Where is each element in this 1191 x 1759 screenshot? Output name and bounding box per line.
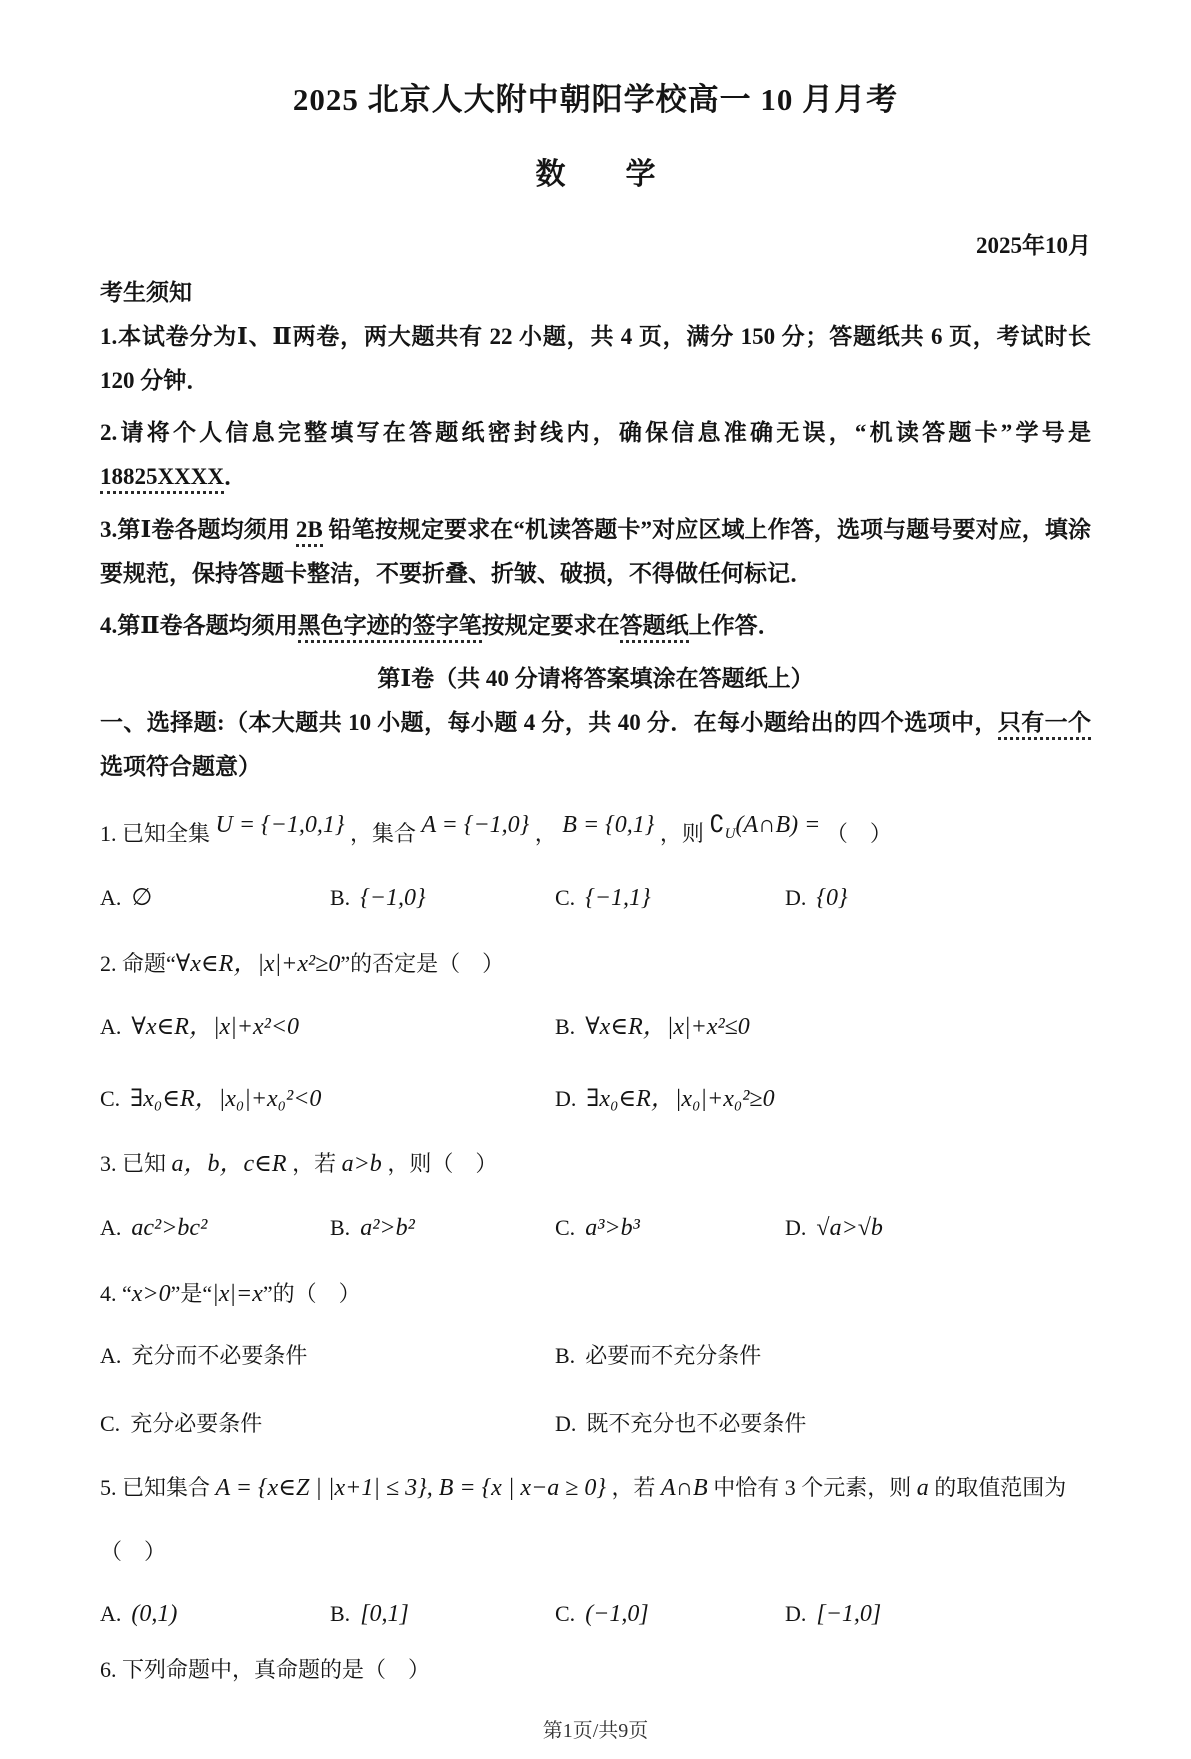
stem-text: ，若: [612, 1475, 656, 1500]
part-1-title-emphasis: 只有一个: [998, 710, 1091, 740]
notice-item-2-emphasis: 18825XXXX: [100, 464, 224, 494]
option-text: ac²>bc²: [131, 1215, 207, 1241]
stem-math: ∀x∈R，|x|+x²≥0: [176, 951, 341, 977]
option-text: [0,1]: [360, 1601, 409, 1627]
option-label: A.: [100, 1601, 121, 1626]
option-label: C.: [100, 1086, 120, 1111]
part-1-title-text: 一、选择题:（本大题共 10 小题，每小题 4 分，共 40 分．在每小题给出的…: [100, 710, 998, 735]
option-text: ∀x∈R，|x|+x²<0: [131, 1014, 299, 1040]
option-text: (−1,0]: [585, 1601, 649, 1627]
option-item: C.a³>b³: [555, 1209, 785, 1249]
question-6-stem: 6. 下列命题中，真命题的是（ ）: [100, 1652, 1091, 1688]
option-label: D.: [555, 1086, 576, 1111]
option-item: B.∀x∈R，|x|+x²≤0: [555, 1008, 1091, 1048]
notice-heading: 考生须知: [100, 274, 1091, 307]
option-item: C.充分必要条件: [100, 1406, 555, 1442]
notice-item-4-emphasis-1: 黑色字迹的签字笔: [298, 613, 482, 643]
question-5-continuation: （ ）: [100, 1534, 1091, 1570]
page-footer: 第1页/共9页: [0, 1714, 1191, 1743]
option-text: 充分必要条件: [130, 1411, 262, 1436]
complement-symbol: ∁: [709, 812, 724, 838]
option-item: A.ac²>bc²: [100, 1209, 330, 1249]
stem-math: a>b: [342, 1151, 382, 1177]
option-text: a²>b²: [360, 1215, 415, 1241]
subject-title: 数 学: [100, 149, 1091, 193]
option-item: B.{−1,0}: [330, 879, 555, 919]
notice-item-2-text: 2.请将个人信息完整填写在答题纸密封线内，确保信息准确无误，“机读答题卡”学号是: [100, 420, 1091, 445]
notice-item-4-text: 4.第Ⅱ卷各题均须用: [100, 613, 298, 638]
question-6: 6. 下列命题中，真命题的是（ ）: [100, 1652, 1091, 1688]
option-text: [−1,0]: [816, 1601, 881, 1627]
question-3-stem: 3. 已知 a，b，c∈R ，若 a>b ，则（ ）: [100, 1145, 1091, 1185]
stem-math: A = {−1,0}: [421, 812, 529, 838]
option-label: A.: [100, 885, 121, 910]
option-item: B.必要而不充分条件: [555, 1338, 1091, 1374]
option-text: 必要而不充分条件: [585, 1343, 761, 1368]
option-item: B.[0,1]: [330, 1595, 555, 1635]
notice-item-3-text: 3.第Ⅰ卷各题均须用: [100, 517, 296, 542]
stem-text: ”是“: [171, 1281, 213, 1306]
question-4-options: A.充分而不必要条件 B.必要而不充分条件 C.充分必要条件 D.既不充分也不必…: [100, 1338, 1091, 1443]
option-label: A.: [100, 1014, 121, 1039]
section-1-heading: 第Ⅰ卷（共 40 分请将答案填涂在答题纸上）: [100, 660, 1091, 693]
option-label: C.: [555, 1601, 575, 1626]
question-5-stem: 5. 已知集合 A = {x∈Z | |x+1| ≤ 3}, B = {x | …: [100, 1469, 1091, 1509]
question-3-options: A.ac²>bc² B.a²>b² C.a³>b³ D.√a>√b: [100, 1209, 1091, 1249]
option-label: A.: [100, 1215, 121, 1240]
question-5: 5. 已知集合 A = {x∈Z | |x+1| ≤ 3}, B = {x | …: [100, 1469, 1091, 1634]
notice-item-1-text: 1.本试卷分为Ⅰ、Ⅱ两卷，两大题共有 22 小题，共 4 页，满分 150 分；…: [100, 324, 1091, 393]
question-3: 3. 已知 a，b，c∈R ，若 a>b ，则（ ） A.ac²>bc² B.a…: [100, 1145, 1091, 1248]
exam-title: 2025 北京人大附中朝阳学校高一 10 月月考: [100, 74, 1091, 119]
stem-text: 3. 已知: [100, 1151, 166, 1176]
option-item: A.∀x∈R，|x|+x²<0: [100, 1008, 555, 1048]
complement-expression: ∁U(A∩B) =: [709, 812, 820, 838]
notice-item-4-mid: 按规定要求在: [482, 613, 620, 638]
option-item: D.既不充分也不必要条件: [555, 1406, 1091, 1442]
stem-text: 1. 已知全集: [100, 821, 210, 846]
notice-item-4-emphasis-2: 答题纸: [620, 613, 689, 643]
option-item: C.{−1,1}: [555, 879, 785, 919]
stem-math: U = {−1,0,1}: [216, 812, 345, 838]
option-label: B.: [330, 885, 350, 910]
option-label: B.: [330, 1601, 350, 1626]
notice-item-4: 4.第Ⅱ卷各题均须用黑色字迹的签字笔按规定要求在答题纸上作答．: [100, 604, 1091, 648]
option-item: D.{0}: [785, 879, 1091, 919]
option-item: C.∃x₀∈R，|x₀|+x₀²<0: [100, 1080, 555, 1120]
option-item: D.[−1,0]: [785, 1595, 1091, 1635]
option-label: B.: [330, 1215, 350, 1240]
option-text: ∃x₀∈R，|x₀|+x₀²<0: [130, 1086, 321, 1112]
stem-math: (A∩B) =: [735, 812, 820, 838]
stem-text: ，则（ ）: [387, 1151, 497, 1176]
option-label: D.: [785, 885, 806, 910]
option-text: ∃x₀∈R，|x₀|+x₀²≥0: [586, 1086, 774, 1112]
option-label: C.: [555, 1215, 575, 1240]
option-text: {−1,1}: [585, 885, 650, 911]
option-text: {0}: [816, 885, 847, 911]
option-label: D.: [785, 1601, 806, 1626]
option-text: ∀x∈R，|x|+x²≤0: [585, 1014, 750, 1040]
stem-text: ”的（ ）: [263, 1281, 361, 1306]
option-label: D.: [785, 1215, 806, 1240]
stem-math: A = {x∈Z | |x+1| ≤ 3}, B = {x | x−a ≥ 0}: [216, 1475, 607, 1501]
part-1-title: 一、选择题:（本大题共 10 小题，每小题 4 分，共 40 分．在每小题给出的…: [100, 701, 1091, 789]
stem-math: B = {0,1}: [562, 812, 654, 838]
part-1-title-end: 选项符合题意）: [100, 754, 261, 779]
stem-math: |x|=x: [212, 1281, 263, 1307]
option-item: B.a²>b²: [330, 1209, 555, 1249]
option-text: 充分而不必要条件: [131, 1343, 307, 1368]
stem-math: a: [917, 1475, 929, 1501]
question-4-stem: 4. “x>0”是“|x|=x”的（ ）: [100, 1275, 1091, 1315]
question-1: 1. 已知全集 U = {−1,0,1} ，集合 A = {−1,0} ， B …: [100, 815, 1091, 918]
stem-math: A∩B: [661, 1475, 708, 1501]
option-label: B.: [555, 1014, 575, 1039]
stem-text: ，则: [660, 821, 704, 846]
option-text: 既不充分也不必要条件: [586, 1411, 806, 1436]
stem-text: 5. 已知集合: [100, 1475, 210, 1500]
stem-text: 中恰有 3 个元素，则: [713, 1475, 911, 1500]
option-item: D.√a>√b: [785, 1209, 1091, 1249]
question-4: 4. “x>0”是“|x|=x”的（ ） A.充分而不必要条件 B.必要而不充分…: [100, 1275, 1091, 1443]
option-label: B.: [555, 1343, 575, 1368]
stem-text: ”的否定是（ ）: [340, 951, 504, 976]
question-2: 2. 命题“∀x∈R，|x|+x²≥0”的否定是（ ） A.∀x∈R，|x|+x…: [100, 945, 1091, 1120]
option-text: {−1,0}: [360, 885, 425, 911]
option-text: (0,1): [131, 1601, 177, 1627]
stem-math: x>0: [132, 1281, 171, 1307]
question-2-options: A.∀x∈R，|x|+x²<0 B.∀x∈R，|x|+x²≤0 C.∃x₀∈R，…: [100, 1008, 1091, 1119]
notice-item-1: 1.本试卷分为Ⅰ、Ⅱ两卷，两大题共有 22 小题，共 4 页，满分 150 分；…: [100, 315, 1091, 403]
notice-item-2: 2.请将个人信息完整填写在答题纸密封线内，确保信息准确无误，“机读答题卡”学号是…: [100, 411, 1091, 499]
stem-math: a，b，c∈R: [172, 1151, 287, 1177]
notice-item-3-emphasis: 2B: [296, 517, 323, 547]
stem-text: 6. 下列命题中，真命题的是（ ）: [100, 1657, 430, 1682]
stem-text: 2. 命题“: [100, 951, 176, 976]
option-label: D.: [555, 1411, 576, 1436]
question-5-options: A.(0,1) B.[0,1] C.(−1,0] D.[−1,0]: [100, 1595, 1091, 1635]
option-label: A.: [100, 1343, 121, 1368]
stem-text: ，集合: [350, 821, 416, 846]
option-label: C.: [100, 1411, 120, 1436]
exam-date: 2025年10月: [100, 227, 1091, 260]
notice-item-2-end: ．: [224, 464, 247, 489]
notice-item-3: 3.第Ⅰ卷各题均须用 2B 铅笔按规定要求在“机读答题卡”对应区域上作答，选项与…: [100, 508, 1091, 596]
notice-item-4-end: 上作答．: [689, 613, 781, 638]
option-item: A.(0,1): [100, 1595, 330, 1635]
stem-text: 的取值范围为: [934, 1475, 1066, 1500]
option-item: C.(−1,0]: [555, 1595, 785, 1635]
option-item: D.∃x₀∈R，|x₀|+x₀²≥0: [555, 1080, 1091, 1120]
question-1-options: A.∅ B.{−1,0} C.{−1,1} D.{0}: [100, 879, 1091, 919]
complement-subscript: U: [725, 826, 736, 842]
option-label: C.: [555, 885, 575, 910]
option-text: ∅: [131, 885, 152, 911]
option-item: A.∅: [100, 879, 330, 919]
stem-text: 4. “: [100, 1281, 132, 1306]
option-item: A.充分而不必要条件: [100, 1338, 555, 1374]
question-1-stem: 1. 已知全集 U = {−1,0,1} ，集合 A = {−1,0} ， B …: [100, 815, 1091, 855]
exam-page: 2025 北京人大附中朝阳学校高一 10 月月考 数 学 2025年10月 考生…: [0, 0, 1191, 1759]
stem-text: ，: [535, 821, 557, 846]
option-text: a³>b³: [585, 1215, 640, 1241]
stem-text: ，若: [292, 1151, 336, 1176]
answer-blank: （ ）: [826, 821, 892, 846]
question-2-stem: 2. 命题“∀x∈R，|x|+x²≥0”的否定是（ ）: [100, 945, 1091, 985]
option-text: √a>√b: [816, 1215, 883, 1241]
